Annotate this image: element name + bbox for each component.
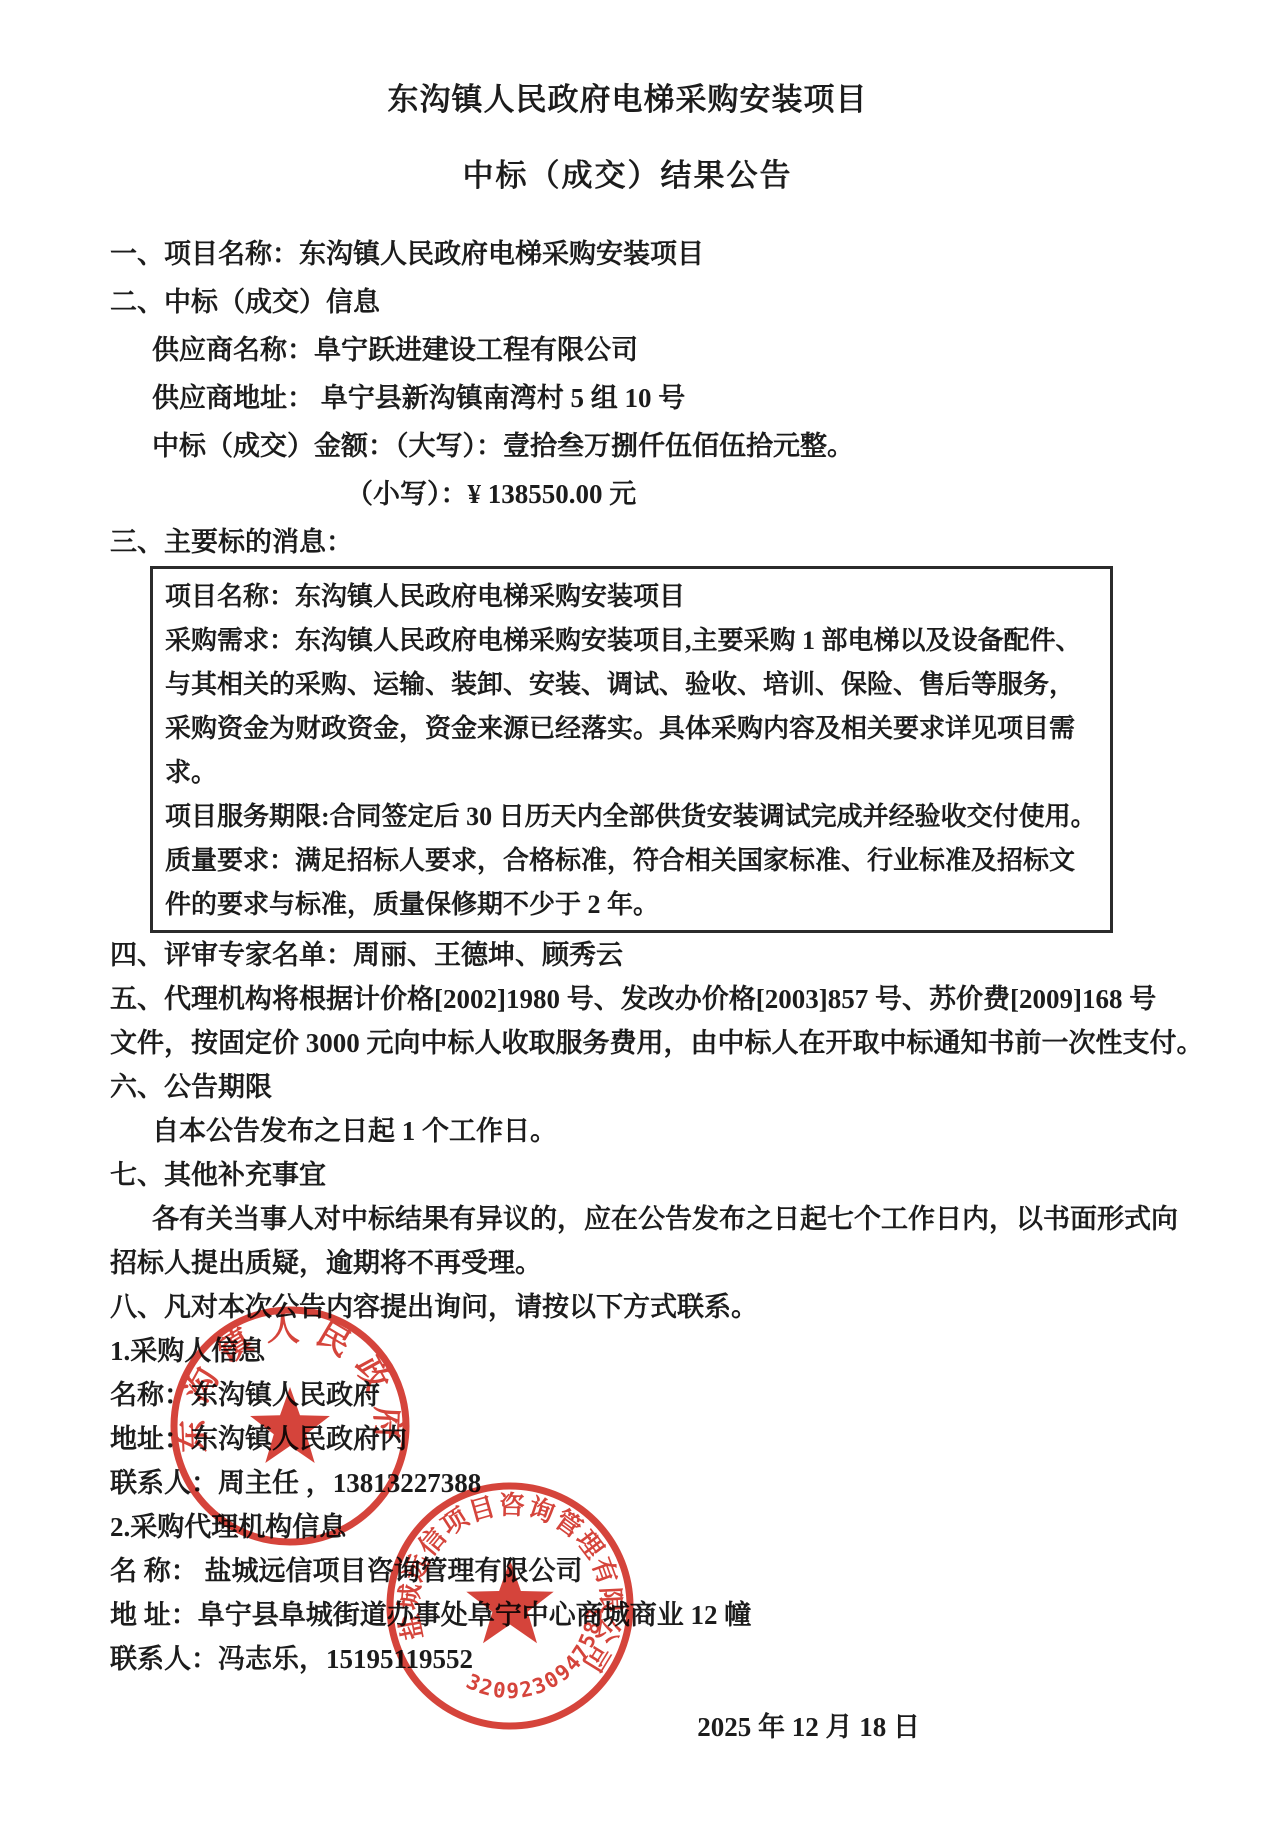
- subject-box-line: 质量要求：满足招标人要求，合格标准，符合相关国家标准、行业标准及招标文: [165, 839, 1098, 883]
- document-subtitle: 中标（成交）结果公告: [110, 158, 1145, 194]
- document-title: 东沟镇人民政府电梯采购安装项目: [110, 82, 1145, 118]
- line-other-header: 七、其他补充事宜: [110, 1153, 1145, 1197]
- agency-seal-graphic: 盐城远信项目咨询管理有限公司 3209230947583: [382, 1478, 638, 1734]
- subject-box-line: 项目名称：东沟镇人民政府电梯采购安装项目: [165, 575, 1098, 619]
- line-other-1: 各有关当事人对中标结果有异议的，应在公告发布之日起七个工作日内，以书面形式向: [110, 1197, 1145, 1241]
- subject-box-line: 与其相关的采购、运输、装卸、安装、调试、验收、培训、保险、售后等服务，: [165, 663, 1098, 707]
- line-agency-fee-1: 五、代理机构将根据计价格[2002]1980 号、发改办价格[2003]857 …: [110, 977, 1145, 1021]
- line-subject-header: 三、主要标的消息：: [110, 518, 1145, 566]
- seal-star-icon: [250, 1387, 330, 1463]
- purchaser-seal-graphic: 东沟镇人民政府: [166, 1302, 414, 1550]
- line-other-2: 招标人提出质疑，逾期将不再受理。: [110, 1241, 1145, 1285]
- subject-box-line: 件的要求与标准，质量保修期不少于 2 年。: [165, 883, 1098, 927]
- seal-serial-number: 3209230947583: [463, 1605, 608, 1703]
- agency-seal-stamp: 盐城远信项目咨询管理有限公司 3209230947583: [382, 1478, 638, 1734]
- line-supplier-name: 供应商名称：阜宁跃进建设工程有限公司: [110, 326, 1145, 374]
- subject-box-line: 采购资金为财政资金，资金来源已经落实。具体采购内容及相关要求详见项目需: [165, 707, 1098, 751]
- subject-box-line: 求。: [165, 751, 1098, 795]
- subject-info-box: 项目名称：东沟镇人民政府电梯采购安装项目 采购需求：东沟镇人民政府电梯采购安装项…: [150, 566, 1113, 933]
- seal-star-icon: [466, 1560, 553, 1643]
- document-page: 东沟镇人民政府电梯采购安装项目 中标（成交）结果公告 一、项目名称：东沟镇人民政…: [0, 0, 1280, 1845]
- line-award-amount-caps: 中标（成交）金额：（大写）：壹拾叁万捌仟伍佰伍拾元整。: [110, 422, 1145, 470]
- line-notice-period: 自本公告发布之日起 1 个工作日。: [110, 1109, 1145, 1153]
- line-supplier-address: 供应商地址： 阜宁县新沟镇南湾村 5 组 10 号: [110, 374, 1145, 422]
- line-award-amount-figures: （小写）：¥ 138550.00 元: [110, 470, 1145, 518]
- line-notice-period-header: 六、公告期限: [110, 1065, 1145, 1109]
- line-project-name: 一、项目名称：东沟镇人民政府电梯采购安装项目: [110, 230, 1145, 278]
- subject-box-line: 采购需求：东沟镇人民政府电梯采购安装项目,主要采购 1 部电梯以及设备配件、: [165, 619, 1098, 663]
- purchaser-seal-stamp: 东沟镇人民政府: [166, 1302, 414, 1550]
- line-experts: 四、评审专家名单：周丽、王德坤、顾秀云: [110, 933, 1145, 977]
- svg-text:3209230947583: 3209230947583: [463, 1605, 608, 1703]
- subject-box-line: 项目服务期限:合同签定后 30 日历天内全部供货安装调试完成并经验收交付使用。: [165, 795, 1098, 839]
- line-agency-fee-2: 文件，按固定价 3000 元向中标人收取服务费用，由中标人在开取中标通知书前一次…: [110, 1021, 1145, 1065]
- line-award-info-header: 二、中标（成交）信息: [110, 278, 1145, 326]
